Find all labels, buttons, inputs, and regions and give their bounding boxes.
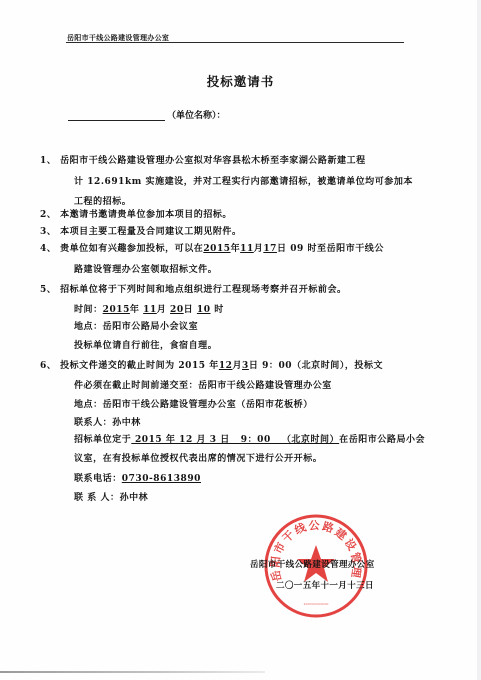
item-1-line-3: 工程的招标。 bbox=[74, 194, 131, 207]
item-5-place: 地点：岳阳市公路局小会议室 bbox=[74, 319, 198, 332]
item-3: 3、 本项目主要工程量及合同建议工期见附件。 bbox=[40, 224, 242, 237]
item-2: 2、 本邀请书邀请贵单位参加本项目的招标。 bbox=[40, 207, 232, 220]
item-4-month: 11 bbox=[240, 244, 254, 254]
item-6-phone: 联系电话：0730-8613890 bbox=[74, 471, 201, 484]
svg-text:4306000000000: 4306000000000 bbox=[304, 602, 329, 606]
item-5-note: 投标单位请自行前往，食宿自理。 bbox=[74, 338, 217, 351]
item-6-contact-2: 联 系 人：孙中林 bbox=[74, 490, 148, 503]
addressee-blank bbox=[68, 110, 165, 121]
item-5-line-1: 5、 招标单位将于下列时间和地点组织进行工程现场考察并召开标前会。 bbox=[40, 282, 347, 295]
item-4-year: 2015 bbox=[203, 244, 230, 254]
scan-streak bbox=[0, 671, 265, 673]
phone-number: 0730-8613890 bbox=[122, 474, 201, 484]
signature-org: 岳阳市干线公路建设管理办公室 bbox=[250, 558, 375, 570]
item-4-line-2: 路建设管理办公室领取招标文件。 bbox=[74, 262, 217, 275]
letterhead-rule bbox=[66, 42, 404, 43]
item-1-line-2: 计 12.691km 实施建设，并对工程实行内部邀请招标，被邀请单位均可参加本 bbox=[74, 174, 413, 187]
item-1-line-1: 1、 岳阳市干线公路建设管理办公室拟对华容县松木桥至李家湖公路新建工程 bbox=[40, 153, 366, 166]
addressee-line: （单位名称）： bbox=[68, 108, 226, 121]
scan-edge bbox=[477, 0, 481, 680]
signature-date: 二〇一五年十一月十三日 bbox=[276, 579, 374, 591]
document-page: 岳阳市干线公路建设管理办公室 投标邀请书 （单位名称）： 1、 岳阳市干线公路建… bbox=[0, 0, 481, 680]
item-6-line-1: 6、 投标文件递交的截止时间为 2015 年12月3日 9：00（北京时间），投… bbox=[40, 358, 383, 371]
item-6-contact: 联系人：孙中林 bbox=[74, 415, 141, 428]
item-6-opening-line-2: 议室，在有投标单位授权代表出席的情况下进行公开开标。 bbox=[74, 451, 322, 464]
item-5-time: 时间：2015年 11月 20日 10 时 bbox=[74, 302, 224, 315]
item-4-line-1: 4、 贵单位如有兴趣参加投标，可以在2015年11月17日 09 时至岳阳市干线… bbox=[40, 241, 384, 254]
item-4-day: 17 bbox=[263, 244, 277, 254]
document-title: 投标邀请书 bbox=[0, 72, 481, 90]
opening-time: 2015 年 12 月 3 日 9：00 （北京时间） bbox=[131, 435, 339, 445]
item-6-line-2: 件必须在截止时间前递交至：岳阳市干线公路建设管理办公室 bbox=[74, 378, 332, 391]
item-6-opening: 招标单位定于 2015 年 12 月 3 日 9：00 （北京时间）在岳阳市公路… bbox=[74, 432, 425, 445]
item-6-place: 地点：岳阳市干线公路建设管理办公室（岳阳市花板桥） bbox=[74, 397, 313, 410]
addressee-label: （单位名称）： bbox=[167, 108, 226, 121]
